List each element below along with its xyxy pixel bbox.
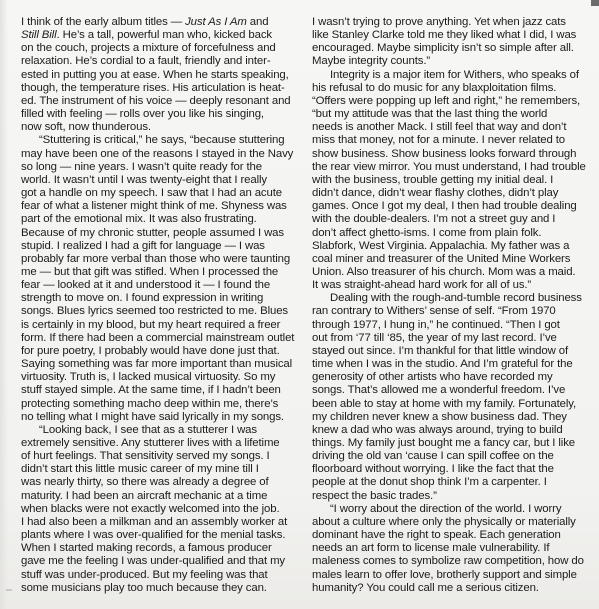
text-line: I wasn’t trying to prove anything. Yet w…: [312, 16, 593, 29]
text-line: Because of my chronic stutter, people as…: [21, 227, 298, 240]
text-line: humanity? You could call me a serious ci…: [312, 582, 593, 595]
text-line: gave me the feeling I was under-qualifie…: [21, 555, 298, 568]
text-line: been able to stay at home with my family…: [312, 398, 593, 411]
text-line: males learn to offer love, brotherly sup…: [312, 569, 593, 582]
text-line: “Offers were popping up left and right,”…: [312, 95, 593, 108]
text-line: out from ‘77 till ‘85, the year of my la…: [312, 332, 593, 345]
right-column: I wasn’t trying to prove anything. Yet w…: [312, 16, 593, 595]
text-line: “Looking back, I see that as a stutterer…: [21, 424, 298, 437]
text-line: respect the basic trades.”: [312, 490, 593, 503]
text-line: his refusal to do music for any blaxploi…: [312, 82, 593, 95]
text-line: fear of what a listener might think of m…: [21, 200, 298, 213]
text-line: form. If there had been a commercial mai…: [21, 332, 298, 345]
text-line: plants where I was over-qualified for th…: [21, 529, 298, 542]
left-column: I think of the early album titles — Just…: [21, 16, 298, 595]
text-line: songs. That’s allowed me a wonderful fre…: [312, 384, 593, 397]
text-line: encouraged. Maybe simplicity isn’t so si…: [312, 42, 593, 55]
text-line: I had also been a milkman and an assembl…: [21, 516, 298, 529]
text-line: extremely sensitive. Any stutterer lives…: [21, 437, 298, 450]
text-line: knew a dad who was always around, trying…: [312, 424, 593, 437]
text-line: coal miner and treasurer of the United M…: [312, 253, 593, 266]
text-line: “I worry about the direction of the worl…: [312, 503, 593, 516]
text-line: stuff stayed simple. At the same time, i…: [21, 384, 298, 397]
text-line: “Stuttering is critical,” he says, “beca…: [21, 134, 298, 147]
text-line: Maybe integrity counts.”: [312, 55, 593, 68]
text-line: no telling what I might have said lyrica…: [21, 411, 298, 424]
text-line: miss that money, not for a minute. I nev…: [312, 134, 593, 147]
text-segment: . He’s a tall, powerful man who, kicked …: [57, 29, 272, 41]
text-line: Still Bill. He’s a tall, powerful man wh…: [21, 29, 298, 42]
text-line: now soft, now thunderous.: [21, 121, 298, 134]
text-line: needs is another Mack. I still feel that…: [312, 121, 593, 134]
text-line: the rear view mirror. You must understan…: [312, 161, 593, 174]
paragraph: I think of the early album titles — Just…: [21, 16, 298, 134]
text-line: with the business, trouble getting my in…: [312, 174, 593, 187]
text-line: Union. Also treasurer of his church. Mom…: [312, 266, 593, 279]
paragraph: “Looking back, I see that as a stutterer…: [21, 424, 298, 595]
text-line: virtuosity. Truth is, I lacked musical v…: [21, 371, 298, 384]
text-segment: and: [247, 16, 269, 28]
text-line: floorboard without worrying. I like the …: [312, 463, 593, 476]
text-line: things. My family just bought me a fancy…: [312, 437, 593, 450]
paragraph: Dealing with the rough-and-tumble record…: [312, 292, 593, 503]
scanned-page: I think of the early album titles — Just…: [0, 0, 599, 609]
text-line: When I started making records, a famous …: [21, 542, 298, 555]
text-line: with the double-dealers. I’m not a stree…: [312, 213, 593, 226]
text-line: people at the donut shop think I’m a car…: [312, 476, 593, 489]
text-line: “but my attitude was that the last thing…: [312, 108, 593, 121]
text-line: show business. Show business looks forwa…: [312, 148, 593, 161]
text-line: songs. Blues lyrics seemed too restricte…: [21, 305, 298, 318]
text-line: so long — nine years. I wasn’t quite rea…: [21, 161, 298, 174]
text-line: protecting something macho deep within m…: [21, 398, 298, 411]
text-line: maturity. I had been an aircraft mechani…: [21, 490, 298, 503]
text-line: ested in putting you at ease. When he st…: [21, 69, 298, 82]
text-segment: I think of the early album titles —: [21, 16, 185, 28]
text-line: didn’t start this little music career of…: [21, 463, 298, 476]
text-line: for pure poetry, I probably would have d…: [21, 345, 298, 358]
text-line: generosity of other artists who have rec…: [312, 371, 593, 384]
text-line: needs an art form to license male vulner…: [312, 542, 593, 555]
text-line: driving the old van ‘cause I can spill c…: [312, 450, 593, 463]
text-line: didn’t dance, didn’t wear flashy clothes…: [312, 187, 593, 200]
text-line: about a culture where only the physicall…: [312, 516, 593, 529]
text-line: fear — looked at it and understood it — …: [21, 279, 298, 292]
paragraph: “Stuttering is critical,” he says, “beca…: [21, 134, 298, 423]
paragraph: I wasn’t trying to prove anything. Yet w…: [312, 16, 593, 69]
text-line: don’t affect ghetto-isms. I come from pl…: [312, 227, 593, 240]
text-line: maleness comes to symbolize raw competit…: [312, 555, 593, 568]
text-line: It was straight-ahead hard work for all …: [312, 279, 593, 292]
text-line: my children never knew a show business d…: [312, 411, 593, 424]
text-line: time when I was in the studio. And I’m g…: [312, 358, 593, 371]
paragraph: “I worry about the direction of the worl…: [312, 503, 593, 595]
text-line: ed. The instrument of his voice — deeply…: [21, 95, 298, 108]
text-line: of hurt feelings. That sensitivity serve…: [21, 450, 298, 463]
text-line: strength to move on. I found expression …: [21, 292, 298, 305]
text-line: like Stanley Clarke told me they liked w…: [312, 29, 593, 42]
text-line: Integrity is a major item for Withers, w…: [312, 69, 593, 82]
text-line: dominant have the right to speak. Each g…: [312, 529, 593, 542]
text-line: on the couch, projects a mixture of forc…: [21, 42, 298, 55]
text-line: was nearly thirty, so there was already …: [21, 476, 298, 489]
text-line: I think of the early album titles — Just…: [21, 16, 298, 29]
text-line: when blacks were not exactly welcomed in…: [21, 503, 298, 516]
text-line: part of the emotional mix. It was also f…: [21, 213, 298, 226]
text-line: me — but that gift was stifled. When I p…: [21, 266, 298, 279]
text-line: may have been one of the reasons I staye…: [21, 148, 298, 161]
paragraph: Integrity is a major item for Withers, w…: [312, 69, 593, 293]
text-line: filled with feeling — rolls over you lik…: [21, 108, 298, 121]
text-line: though, the temperature rises. His artic…: [21, 82, 298, 95]
text-line: through 1977, I hung in,” he continued. …: [312, 319, 593, 332]
text-line: relaxation. He’s cordial to a fault, fri…: [21, 55, 298, 68]
text-line: Dealing with the rough-and-tumble record…: [312, 292, 593, 305]
text-line: stayed out since. I’m thankful for that …: [312, 345, 593, 358]
text-line: ran contrary to Withers’ sense of self. …: [312, 305, 593, 318]
text-line: some musicians play too much because the…: [21, 582, 298, 595]
text-line: games. Once I got my deal, I then had tr…: [312, 200, 593, 213]
text-line: got a handle on my speech. I saw that I …: [21, 187, 298, 200]
album-title: Just As I Am: [185, 16, 247, 28]
album-title: Still Bill: [21, 29, 57, 41]
text-line: probably far more verbal than those who …: [21, 253, 298, 266]
text-line: stuff was under-produced. But my feeling…: [21, 569, 298, 582]
text-line: Saying something was far more important …: [21, 358, 298, 371]
text-line: stupid. I realized I had a gift for lang…: [21, 240, 298, 253]
text-line: is certainly in my blood, but my heart r…: [21, 319, 298, 332]
text-line: Slabfork, West Virginia. Appalachia. My …: [312, 240, 593, 253]
page-edge-mark: [6, 589, 12, 591]
text-line: world. It wasn’t until I was twenty-eigh…: [21, 174, 298, 187]
